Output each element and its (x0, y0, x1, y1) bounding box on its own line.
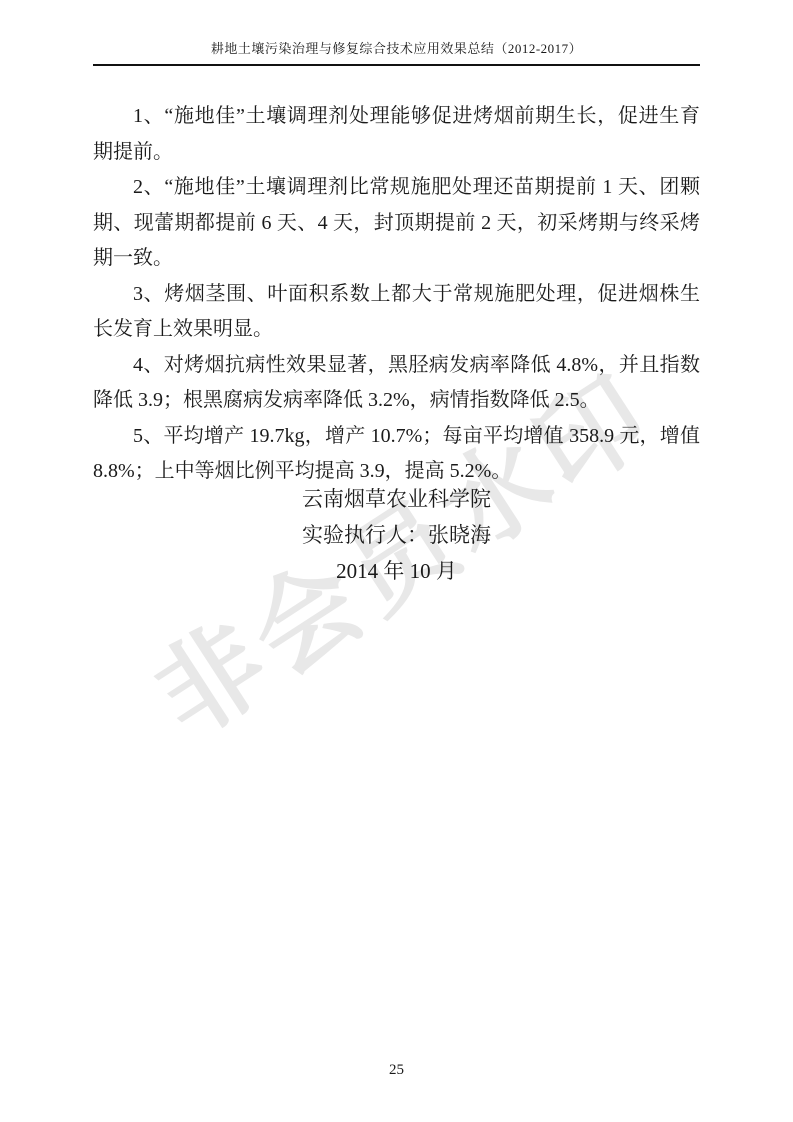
page-number: 25 (389, 1062, 404, 1078)
paragraph-3: 3、烤烟茎围、叶面积系数上都大于常规施肥处理，促进烟株生长发育上效果明显。 (93, 277, 700, 348)
signature-organization: 云南烟草农业科学院 (93, 481, 700, 517)
signature-executor: 实验执行人：张晓海 (93, 517, 700, 553)
document-page: 非会员水印 耕地土壤污染治理与修复综合技术应用效果总结（2012-2017） 1… (0, 0, 793, 1122)
paragraph-2: 2、“施地佳”土壤调理剂比常规施肥处理还苗期提前 1 天、团颗期、现蕾期都提前 … (93, 170, 700, 277)
paragraph-4: 4、对烤烟抗病性效果显著，黑胫病发病率降低 4.8%，并且指数降低 3.9；根黑… (93, 348, 700, 419)
page-header: 耕地土壤污染治理与修复综合技术应用效果总结（2012-2017） (93, 38, 700, 66)
page-footer: 25 (0, 1062, 793, 1079)
paragraph-1: 1、“施地佳”土壤调理剂处理能够促进烤烟前期生长，促进生育期提前。 (93, 99, 700, 170)
document-body: 1、“施地佳”土壤调理剂处理能够促进烤烟前期生长，促进生育期提前。 2、“施地佳… (93, 99, 700, 490)
header-title: 耕地土壤污染治理与修复综合技术应用效果总结（2012-2017） (211, 41, 582, 56)
paragraph-5: 5、平均增产 19.7kg，增产 10.7%；每亩平均增值 358.9 元，增值… (93, 419, 700, 490)
signature-block: 云南烟草农业科学院 实验执行人：张晓海 2014 年 10 月 (93, 481, 700, 589)
signature-date: 2014 年 10 月 (93, 553, 700, 589)
